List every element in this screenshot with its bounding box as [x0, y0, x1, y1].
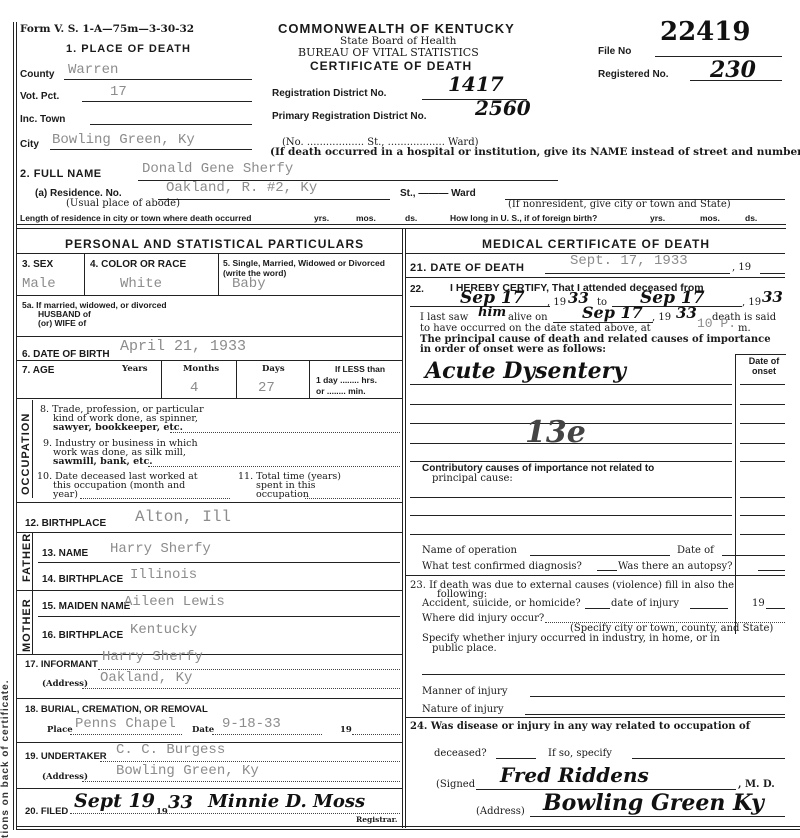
dob-line [16, 360, 402, 361]
undertaker-line [16, 788, 402, 789]
mother-maiden-label: 15. MAIDEN NAME [42, 601, 130, 612]
deceased-label: deceased? [434, 748, 487, 759]
burial-date-label: Date [192, 725, 214, 735]
months-value[interactable]: 4 [190, 380, 198, 396]
row5a-line [16, 336, 402, 337]
signed-label: (Signed [436, 779, 475, 790]
q9-field[interactable] [148, 454, 400, 466]
q24-line1: 24. Was disease or injury in any way rel… [410, 721, 750, 732]
margin-note: tions on back of certificate. [0, 680, 11, 838]
marital-value[interactable]: Baby [232, 276, 266, 292]
occurred-text: to have occurred on the date stated abov… [420, 323, 651, 334]
injury-year-line [766, 608, 785, 609]
accident-line [585, 608, 610, 609]
birthplace-label: 12. BIRTHPLACE [25, 518, 106, 529]
onset-divider [735, 354, 736, 634]
informant-address-value[interactable]: Oakland, Ky [100, 670, 192, 686]
reg-district-value[interactable]: 1417 [448, 72, 504, 96]
full-name-value[interactable]: Donald Gene Sherfy [142, 161, 293, 177]
q10-line3: year) [53, 489, 78, 500]
burial-label: 18. BURIAL, CREMATION, OR REMOVAL [25, 704, 208, 715]
test-label: What test confirmed diagnosis? [422, 561, 582, 572]
undertaker-label: 19. UNDERTAKER [25, 751, 107, 762]
certificate-title: CERTIFICATE OF DEATH [310, 59, 472, 73]
less-than-label: If LESS than [335, 364, 385, 374]
mos-label: mos. [356, 213, 376, 223]
bureau-title: BUREAU OF VITAL STATISTICS [298, 46, 479, 59]
registrar-signature[interactable]: Minnie D. Moss [208, 791, 365, 812]
race-label: 4. COLOR OR RACE [90, 259, 186, 270]
q9-line3: sawmill, bank, etc. [53, 456, 153, 467]
filed-year-value[interactable]: 33 [168, 792, 193, 813]
filed-date-value[interactable]: Sept 19 [74, 790, 155, 812]
date-of-onset-label: Date of onset [744, 356, 784, 376]
dod-suffix: , 19 [732, 262, 751, 273]
principal-text-2: in order of onset were as follows: [420, 344, 606, 355]
foreign-ds-label: ds. [745, 213, 757, 223]
q8-line3: sawyer, bookkeeper, etc. [53, 422, 183, 433]
last-saw-label: I last saw [420, 312, 468, 323]
occupation-line [16, 502, 402, 503]
undertaker-address-value[interactable]: Bowling Green, Ky [116, 763, 259, 779]
dod-label: 21. DATE OF DEATH [410, 262, 524, 274]
race-value[interactable]: White [120, 276, 162, 292]
length-residence-label: Length of residence in city or town wher… [20, 213, 251, 223]
burial-place-value[interactable]: Penns Chapel [75, 716, 176, 732]
operation-line [530, 555, 670, 556]
days-label: Days [262, 364, 285, 374]
dob-value[interactable]: April 21, 1933 [120, 338, 246, 355]
mother-side-label: MOTHER [21, 598, 33, 652]
specify-field-line [422, 674, 785, 675]
birthplace-line [16, 532, 402, 533]
physician-signature[interactable]: Fred Riddens [500, 763, 649, 787]
alive-on-label: alive on [508, 312, 548, 323]
personal-title-line [16, 253, 402, 254]
residence-line [158, 199, 390, 200]
father-name-line [38, 562, 400, 563]
mother-birthplace-value[interactable]: Kentucky [130, 622, 197, 638]
physician-address-label: (Address) [476, 806, 525, 817]
dod-line [545, 273, 730, 274]
filed-year-prefix: 19 [156, 807, 168, 817]
st-ward-label: St., ——— Ward [400, 188, 476, 199]
burial-year-suffix: 19 [340, 725, 352, 735]
cause-code-value: 13e [525, 415, 586, 450]
father-name-value[interactable]: Harry Sherfy [110, 541, 211, 557]
accident-label: Accident, suicide, or homicide? [422, 598, 581, 609]
age-div-3 [309, 360, 310, 398]
autopsy-line [758, 570, 785, 571]
length-line [16, 224, 786, 225]
county-line [64, 79, 252, 80]
burial-place-dots [70, 734, 182, 735]
abode-note: (Usual place of abode) [66, 198, 180, 209]
operation-row-line [405, 575, 785, 576]
q9-dots [148, 466, 400, 467]
m-label: m. [738, 323, 751, 334]
onset-line-7 [740, 515, 785, 516]
onset-line-8 [740, 534, 785, 535]
mother-maiden-value[interactable]: Aileen Lewis [124, 594, 225, 610]
onset-line-3 [740, 423, 785, 424]
filed-label: 20. FILED [25, 806, 68, 817]
city-line [50, 149, 252, 150]
onset-line-1 [740, 384, 785, 385]
time-value[interactable]: 10 P. [697, 316, 736, 331]
to-year-prefix: , 19 [742, 297, 761, 308]
dod-value[interactable]: Sept. 17, 1933 [570, 253, 688, 269]
primary-reg-label: Primary Registration District No. [272, 111, 426, 122]
certify-num: 22. [410, 284, 424, 295]
dod-year-line [760, 273, 785, 274]
physician-address-value[interactable]: Bowling Green Ky [543, 790, 764, 816]
days-value[interactable]: 27 [258, 380, 275, 396]
county-label: County [20, 69, 54, 80]
foreign-mos-label: mos. [700, 213, 720, 223]
father-name-label: 13. NAME [42, 548, 88, 559]
last-saw-pronoun[interactable]: him [478, 305, 506, 320]
or-min-label: or ........ min. [316, 386, 366, 396]
sex-value[interactable]: Male [22, 276, 56, 292]
foreign-birth-label: How long in U. S., if of foreign birth? [450, 213, 597, 223]
cause-line-2 [410, 404, 732, 405]
informant-address-dots [82, 688, 400, 689]
section-divider [16, 228, 786, 229]
q10-dots [80, 498, 230, 499]
q8-dots [170, 432, 400, 433]
vot-pct-line [82, 101, 252, 102]
address-note: (If death occurred in a hospital or inst… [270, 147, 800, 158]
q11-dots [305, 498, 400, 499]
center-divider [402, 228, 403, 828]
cause-line-4 [410, 443, 732, 444]
injury-date-label: date of injury [611, 598, 679, 609]
months-label: Months [183, 364, 219, 374]
undertaker-dots [100, 761, 400, 762]
last-saw-year-prefix: , 19 [652, 312, 671, 323]
city-value[interactable]: Bowling Green, Ky [52, 132, 195, 148]
row3-line [16, 295, 402, 296]
county-value[interactable]: Warren [68, 62, 118, 78]
deceased-line [496, 758, 536, 759]
q8-field[interactable] [170, 420, 400, 432]
mother-birthplace-label: 16. BIRTHPLACE [42, 630, 123, 641]
birthplace-value[interactable]: Alton, Ill [135, 508, 231, 526]
full-name-label: 2. FULL NAME [20, 168, 102, 180]
manner-label: Manner of injury [422, 686, 507, 697]
physician-address-line [530, 816, 785, 817]
onset-top-line [736, 354, 786, 355]
mother-line [16, 654, 402, 655]
test-line [597, 570, 617, 571]
spouse-field[interactable] [110, 308, 390, 326]
section-place-of-death: 1. PLACE OF DEATH [66, 43, 191, 55]
operation-label: Name of operation [422, 545, 517, 556]
day-hrs-label: 1 day ........ hrs. [316, 375, 377, 385]
dob-label: 6. DATE OF BIRTH [22, 349, 110, 360]
medical-section-title: MEDICAL CERTIFICATE OF DEATH [482, 237, 710, 251]
father-birthplace-label: 14. BIRTHPLACE [42, 574, 123, 585]
stamp-number: 22419 [660, 17, 750, 47]
contrib-line-3 [410, 534, 732, 535]
bottom-border-2 [16, 829, 800, 830]
years-label: Years [122, 364, 148, 374]
manner-line [530, 696, 785, 697]
primary-reg-value[interactable]: 2560 [475, 96, 531, 120]
contrib-line-1 [410, 497, 732, 498]
onset-line-5 [740, 461, 785, 462]
burial-date-dots [212, 734, 322, 735]
undertaker-address-dots [82, 781, 400, 782]
reg-district-label: Registration District No. [272, 88, 386, 99]
vot-pct-value[interactable]: 17 [110, 84, 127, 100]
registered-no-label: Registered No. [598, 69, 669, 80]
last-saw-year[interactable]: 33 [676, 304, 697, 322]
dod-row-line [405, 277, 785, 278]
informant-label: 17. INFORMANT [25, 659, 98, 670]
burial-date-value[interactable]: 9-18-33 [222, 716, 281, 732]
sex-race-divider [84, 253, 85, 295]
contributory-text-2: principal cause: [432, 473, 513, 484]
inc-town-label: Inc. Town [20, 114, 65, 125]
where-label: Where did injury occur? [422, 613, 544, 624]
if-so-label: If so, specify [548, 748, 612, 759]
from-year-prefix: , 19 [547, 297, 566, 308]
cause-of-death-value[interactable]: Acute Dysentery [425, 358, 626, 384]
file-no-field[interactable] [660, 44, 780, 56]
age-div-2 [236, 360, 237, 398]
specify-line2: public place. [432, 643, 497, 654]
informant-line [16, 698, 402, 699]
q11-line3: occupation [256, 489, 309, 500]
sex-label: 3. SEX [22, 259, 53, 270]
file-no-label: File No [598, 46, 631, 57]
nature-row-line [405, 717, 785, 718]
inc-town-field[interactable] [92, 110, 250, 123]
father-birthplace-value[interactable]: Illinois [130, 567, 197, 583]
last-saw-date[interactable]: Sep 17 [582, 303, 643, 322]
age-line [16, 398, 402, 399]
occupation-side-label: OCCUPATION [20, 413, 32, 495]
md-label: , M. D. [738, 779, 775, 790]
foreign-yrs-label: yrs. [650, 213, 665, 223]
contrib-line-2 [410, 515, 732, 516]
informant-value[interactable]: Harry Sherfy [102, 649, 203, 665]
left-border [13, 22, 14, 830]
bottom-border [16, 826, 800, 827]
nature-label: Nature of injury [422, 704, 504, 715]
cause-line-1 [410, 384, 732, 385]
autopsy-label: Was there an autopsy? [618, 561, 733, 572]
onset-line-6 [740, 497, 785, 498]
cause-line-5 [410, 461, 732, 462]
onset-line-2 [740, 404, 785, 405]
inc-town-line [90, 124, 252, 125]
injury-date-line [690, 608, 728, 609]
marital-label: 5. Single, Married, Widowed or Divorced … [223, 258, 393, 278]
burial-place-label: Place [47, 725, 73, 735]
injury-year-label: 19 [752, 598, 765, 609]
nonresident-note: (If nonresident, give city or town and S… [508, 199, 731, 210]
registrar-label: Registrar. [356, 815, 397, 825]
date-of-label: Date of [677, 545, 714, 556]
residence-value[interactable]: Oakland, R. #2, Ky [166, 180, 317, 196]
age-label: 7. AGE [22, 365, 54, 376]
left-border-inner [16, 22, 17, 830]
form-code: Form V. S. 1-A—75m—3-30-32 [20, 23, 194, 35]
ds-label: ds. [405, 213, 417, 223]
occupation-side-divider [32, 400, 33, 498]
onset-line-4 [740, 443, 785, 444]
vot-pct-label: Vot. Pct. [20, 91, 59, 102]
registered-no-value[interactable]: 230 [710, 57, 756, 83]
if-so-line [632, 758, 785, 759]
age-div-1 [161, 360, 162, 398]
father-line [16, 590, 402, 591]
burial-year-dots [352, 734, 400, 735]
city-label: City [20, 139, 39, 150]
personal-section-title: PERSONAL AND STATISTICAL PARTICULARS [65, 237, 364, 251]
nature-line [525, 714, 785, 715]
center-divider-2 [405, 228, 406, 828]
date-of-line [722, 555, 785, 556]
mother-maiden-line [38, 616, 400, 617]
filed-dots [70, 813, 400, 814]
spouse-label-3: (or) WIFE of [38, 318, 86, 328]
yrs-label: yrs. [314, 213, 329, 223]
commonwealth-title: COMMONWEALTH OF KENTUCKY [278, 21, 515, 36]
undertaker-value[interactable]: C. C. Burgess [116, 742, 225, 758]
to-year-value[interactable]: 33 [762, 288, 783, 306]
race-marital-divider [218, 253, 219, 295]
